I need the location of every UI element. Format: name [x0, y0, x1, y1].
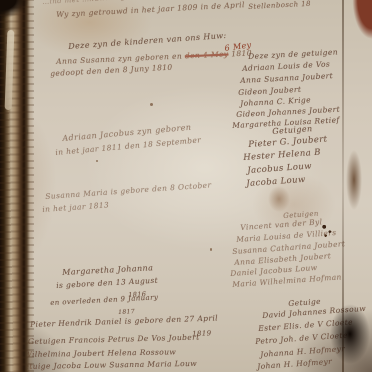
edge-stain [346, 150, 362, 210]
speck [210, 248, 212, 251]
entry-margaretha-year2: 1817 [118, 308, 135, 316]
register-page-photo: …ind met …huw…ing… Wy zyn getrouwd in he… [0, 0, 372, 372]
struck-text: den 4 Mey [185, 49, 229, 60]
dark-corner-bottom-right [330, 304, 370, 364]
ink-smudge [268, 186, 290, 212]
speck [96, 160, 98, 162]
book-binding-gutter [0, 0, 34, 372]
dark-corner-top-left [0, 0, 40, 26]
speck [150, 103, 153, 106]
leather-corner-top-right [346, 0, 372, 52]
